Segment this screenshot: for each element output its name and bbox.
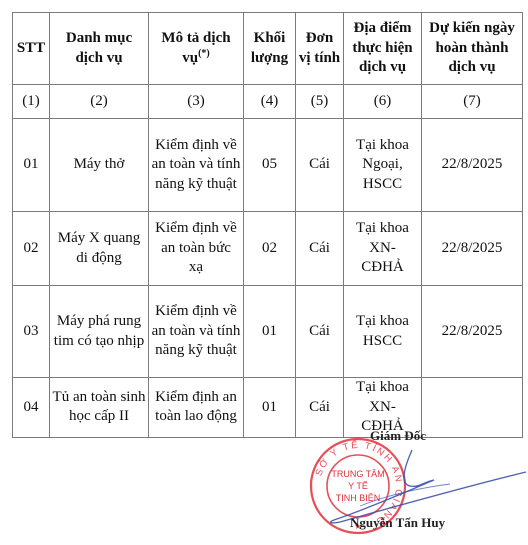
- column-number-row: (1) (2) (3) (4) (5) (6) (7): [13, 85, 523, 119]
- cell-stt: 02: [13, 212, 50, 286]
- column-number: (2): [50, 85, 149, 119]
- cell-description: Kiểm định về an toàn bức xạ: [149, 212, 244, 286]
- signatory-name: Nguyễn Tấn Huy: [350, 515, 445, 531]
- column-number: (5): [296, 85, 344, 119]
- header-stt: STT: [13, 13, 50, 85]
- signatory-title: Giám Đốc: [370, 428, 426, 444]
- cell-quantity: 01: [244, 378, 296, 438]
- cell-stt: 03: [13, 286, 50, 378]
- header-quantity: Khối lượng: [244, 13, 296, 85]
- cell-description: Kiểm định an toàn lao động: [149, 378, 244, 438]
- header-unit-line2: vị tính: [299, 50, 340, 66]
- table-row: 02 Máy X quang di động Kiểm định về an t…: [13, 212, 523, 286]
- header-location-line2: thực hiện: [352, 40, 412, 56]
- column-number: (3): [149, 85, 244, 119]
- cell-stt: 04: [13, 378, 50, 438]
- cell-quantity: 05: [244, 119, 296, 212]
- header-service-description-text: Mô tả dịch vụ: [161, 30, 230, 66]
- cell-category: Tủ an toàn sinh học cấp II: [50, 378, 149, 438]
- header-completion-date: Dự kiến ngày hoàn thành dịch vụ: [422, 13, 523, 85]
- header-service-category-line1: Danh mục: [66, 30, 132, 46]
- header-row: STT Danh mục dịch vụ Mô tả dịch vụ(*) Kh…: [13, 13, 523, 85]
- header-quantity-line1: Khối: [254, 30, 286, 46]
- header-quantity-line2: lượng: [251, 50, 288, 66]
- cell-category: Máy X quang di động: [50, 212, 149, 286]
- header-service-description: Mô tả dịch vụ(*): [149, 13, 244, 85]
- cell-description: Kiểm định về an toàn và tính năng kỹ thu…: [149, 286, 244, 378]
- header-location: Địa điểm thực hiện dịch vụ: [344, 13, 422, 85]
- column-number: (1): [13, 85, 50, 119]
- column-number: (7): [422, 85, 523, 119]
- cell-quantity: 02: [244, 212, 296, 286]
- services-table: STT Danh mục dịch vụ Mô tả dịch vụ(*) Kh…: [12, 12, 523, 438]
- signature-block: SỞ Y TẾ TỈNH AN GIANG TRUNG TÂM Y TẾ TỊN…: [300, 428, 528, 545]
- cell-description: Kiểm định về an toàn và tính năng kỹ thu…: [149, 119, 244, 212]
- cell-location: Tại khoa Ngoại, HSCC: [344, 119, 422, 212]
- cell-unit: Cái: [296, 286, 344, 378]
- header-completion-line3: dịch vụ: [448, 59, 495, 75]
- header-location-line1: Địa điểm: [354, 20, 412, 36]
- cell-location: Tại khoa XN-CĐHẢ: [344, 212, 422, 286]
- column-number: (4): [244, 85, 296, 119]
- column-number: (6): [344, 85, 422, 119]
- header-completion-line2: hoàn thành: [436, 40, 509, 56]
- table-row: 03 Máy phá rung tim có tạo nhịp Kiểm địn…: [13, 286, 523, 378]
- header-location-line3: dịch vụ: [359, 59, 406, 75]
- header-unit-line1: Đơn: [306, 30, 333, 46]
- table-row: 01 Máy thở Kiểm định về an toàn và tính …: [13, 119, 523, 212]
- cell-stt: 01: [13, 119, 50, 212]
- header-service-category: Danh mục dịch vụ: [50, 13, 149, 85]
- cell-completion-date: 22/8/2025: [422, 119, 523, 212]
- header-service-category-line2: dịch vụ: [75, 50, 122, 66]
- cell-category: Máy phá rung tim có tạo nhịp: [50, 286, 149, 378]
- cell-category: Máy thở: [50, 119, 149, 212]
- cell-completion-date: 22/8/2025: [422, 286, 523, 378]
- cell-quantity: 01: [244, 286, 296, 378]
- cell-unit: Cái: [296, 119, 344, 212]
- cell-location: Tại khoa HSCC: [344, 286, 422, 378]
- header-unit: Đơn vị tính: [296, 13, 344, 85]
- cell-completion-date: 22/8/2025: [422, 212, 523, 286]
- cell-unit: Cái: [296, 212, 344, 286]
- header-completion-line1: Dự kiến ngày: [429, 20, 515, 36]
- header-footnote-marker: (*): [198, 48, 210, 59]
